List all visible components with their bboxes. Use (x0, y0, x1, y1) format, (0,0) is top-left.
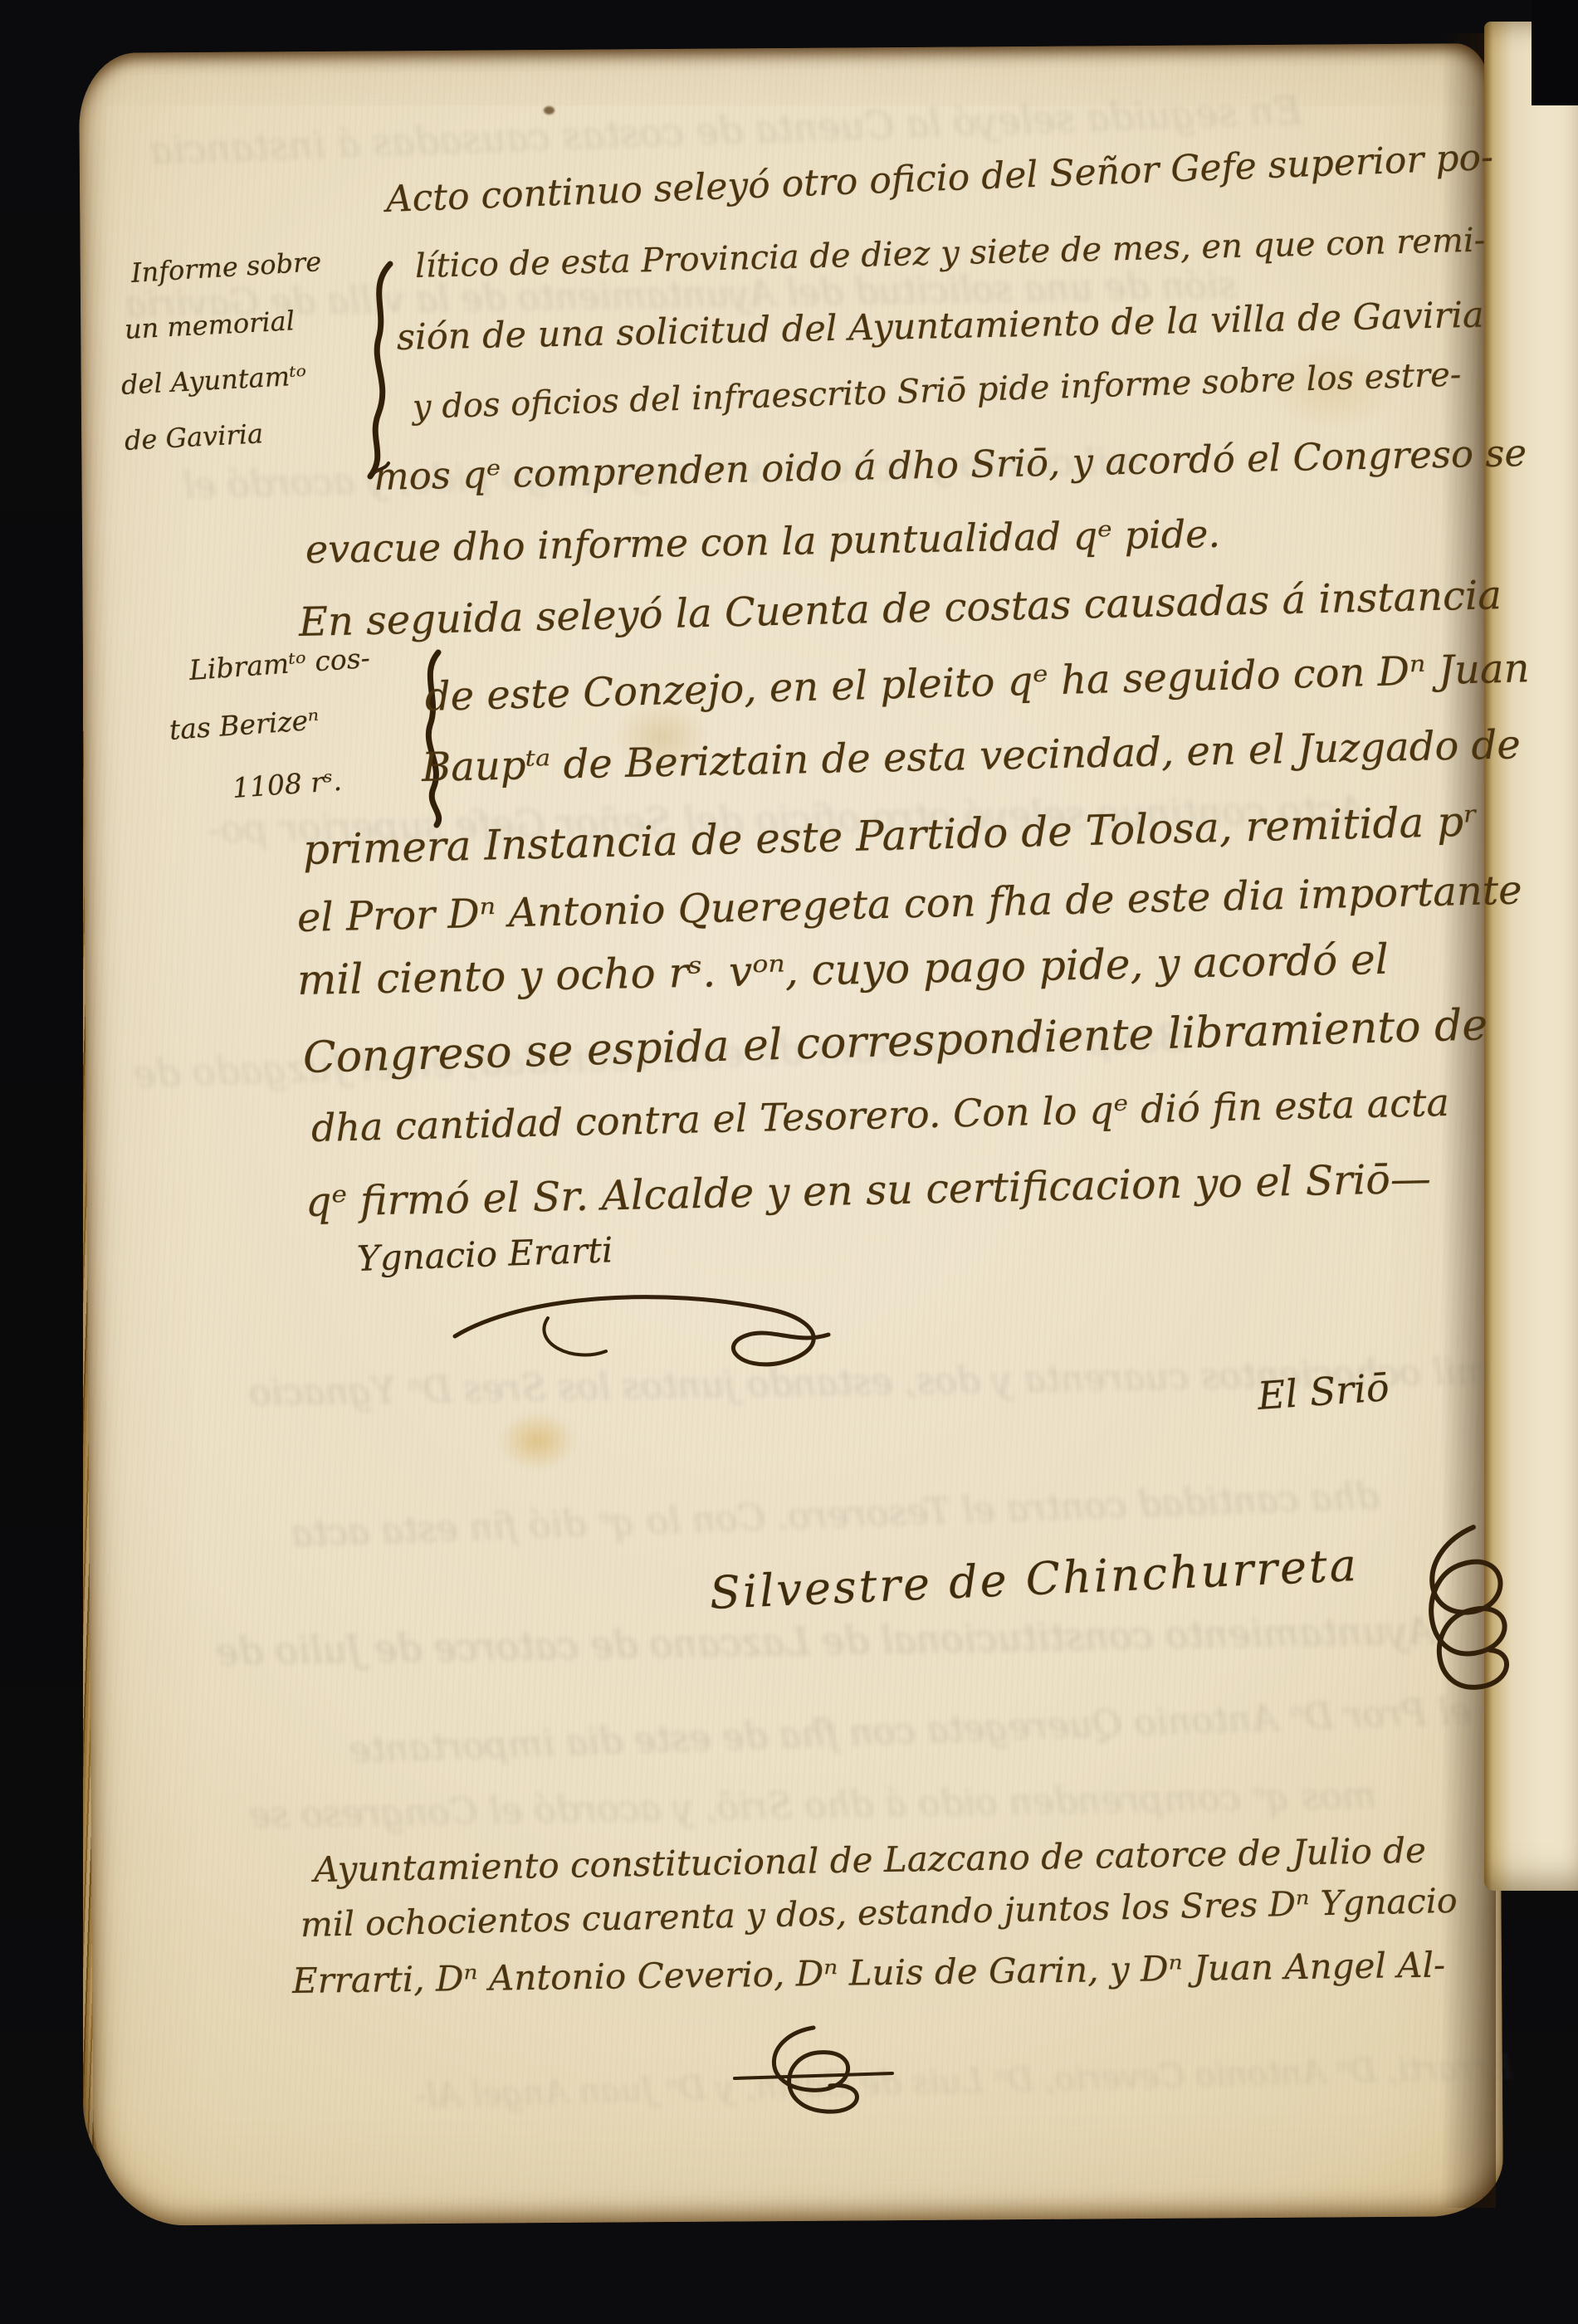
secretary-title: El Sriō (1256, 1365, 1390, 1418)
signature-flourish (448, 1285, 838, 1380)
photo-corner-mask (1532, 0, 1578, 105)
signature-flourish (1349, 1519, 1527, 1731)
closing-flourish (730, 2015, 896, 2136)
margin-brace (352, 259, 398, 481)
paper-stain (498, 1411, 577, 1471)
archive-photo: En seguida seleyó la Cuenta de costas ca… (0, 0, 1578, 2324)
